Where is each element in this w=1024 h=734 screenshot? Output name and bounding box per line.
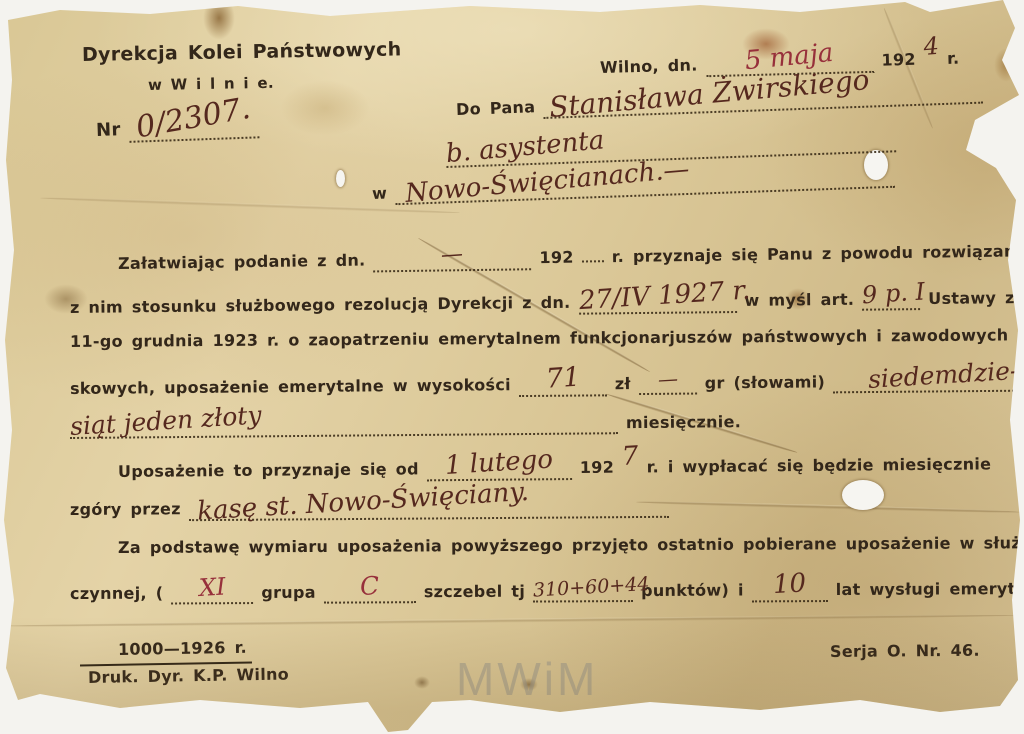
print-run-row: 1000—1926 r. [118,638,247,659]
blank-line: XI [171,578,253,604]
doc-number-line: 0/2307. [128,106,259,143]
hand-entry: 1 lutego [445,446,554,479]
series-row: Serja O. Nr. 46. [830,641,980,661]
ink-stain [203,0,235,40]
blank-line: siąt jeden złoty [70,407,618,439]
printer-imprint: Druk. Dyr. K.P. Wilno [88,664,289,687]
blank-line [582,260,604,262]
print-segment: 192 [539,248,574,267]
print-segment: miesięcznie. [626,412,741,432]
hand-entry: C [359,573,380,599]
blank-line: C [324,576,416,603]
print-segment: Załatwiając podanie z dn. [118,251,366,273]
org-location-row: w W i l n i e. [148,74,274,94]
print-segment: czynnej, ( [70,584,163,603]
blank-line: siedemdzie- [833,364,1024,393]
torn-hole [336,170,345,187]
hand-entry: 7 [621,443,639,470]
hand-entry: 9 p. I [861,279,925,307]
hand-entry: — [657,368,678,389]
print-segment: Ustawy z dnia [928,288,1024,308]
print-segment: zł [615,374,631,393]
date-year-suffix: r. [947,49,960,68]
letterhead: Dyrekcja Kolei Państwowych [82,38,402,66]
hand-entry: 310+60+44 [533,575,650,601]
blank-line: 9 p. I [862,284,920,311]
print-segment: w myśl art. [744,290,854,310]
body-line-4: skowych, uposażenie emerytalne w wysokoś… [70,363,1024,401]
print-segment: r. przyznaje się Panu z powodu rozwiązan… [612,241,1024,266]
ink-stain [414,676,430,689]
hand-entry: 71 [545,364,581,393]
blank-line: 71 [519,367,607,397]
org-name: Dyrekcja Kolei Państwowych [82,38,402,66]
hand-entry: 27/IV 1927 r. [578,277,751,314]
date-year-hand: 4 [923,34,940,59]
addressee-place-prefix: w [372,183,388,203]
addressee-label: Do Pana [456,97,536,119]
hand-entry: siąt jeden złoty [69,402,262,439]
blank-line: — [639,372,697,396]
body-line-3: 11-go grudnia 1923 r. o zaopatrzeniu eme… [70,325,1024,351]
blank-line: — [373,246,531,272]
addressee-title-hand: b. asystenta [445,127,605,167]
hand-entry: siedemdzie- [867,358,1019,392]
body-line-2: z nim stosunku służbowego rezolucją Dyre… [70,282,1024,320]
print-segment: r. i wypłacać się będzie miesięcznie [647,454,992,476]
blank-line: 310+60+44 [533,581,633,603]
torn-hole [842,480,884,510]
doc-number-label: Nr [96,119,121,141]
series-number: Serja O. Nr. 46. [830,641,980,661]
print-segment: Uposażenie to przyznaje się od [118,459,419,481]
fold-crease [2,613,1018,628]
hand-entry: kasę st. Nowo-Święciany. [188,479,529,525]
print-segment: zgóry przez [70,499,181,519]
print-segment: grupa [261,583,316,602]
hand-entry: — [441,244,464,267]
fold-crease [636,500,1020,514]
body-line-1: Załatwiając podanie z dn. — 192 r. przyz… [118,239,1024,276]
body-line-9: czynnej, ( XI grupa C szczebel tj 310+60… [70,572,1024,606]
blank-line: kasę st. Nowo-Święciany. [189,490,669,521]
print-segment: punktów) i [641,580,744,600]
watermark: MWiM [456,652,598,706]
body-line-8: Za podstawę wymiaru uposażenia powyższeg… [118,533,1024,557]
doc-number-row: Nr 0/2307. [95,106,259,144]
blank-line: 10 [752,574,828,602]
print-segment: 192 [580,458,614,477]
ink-stain [994,48,1018,82]
document-paper: Dyrekcja Kolei Państwowych w W i l n i e… [0,0,1024,734]
body-line-5: siąt jeden złoty miesięcznie. [70,406,741,439]
doc-number-value: 0/2307. [134,94,253,144]
addressee-row: Do Pana Stanisława Żwirskiego [455,74,983,122]
body-line-7: zgóry przez kasę st. Nowo-Święciany. [70,490,669,522]
hand-entry: 10 [772,570,807,598]
print-run: 1000—1926 r. [118,638,247,659]
date-place-label: Wilno, dn. [600,55,698,77]
print-segment: gr (słowami) [705,372,825,392]
date-year-printed: 192 [881,50,916,70]
addressee-line: Stanisława Żwirskiego [543,74,984,119]
print-segment: szczebel tj [424,582,525,602]
print-segment: lat wysługi emerytalnej z tem, [836,578,1024,599]
hand-entry: XI [198,575,226,600]
print-segment: z nim stosunku służbowego rezolucją Dyre… [70,293,571,317]
printer-row: Druk. Dyr. K.P. Wilno [88,664,289,687]
org-location: w W i l n i e. [148,74,274,94]
blank-line: 1 lutego [427,452,572,481]
print-segment: 11-go grudnia 1923 r. o zaopatrzeniu eme… [70,325,1024,351]
print-segment: Za podstawę wymiaru uposażenia powyższeg… [118,533,1024,557]
blank-line: 27/IV 1927 r. [578,285,736,315]
paper-stain [280,80,370,136]
body-line-6: Uposażenie to przyznaje się od 1 lutego … [118,448,992,484]
print-segment: skowych, uposażenie emerytalne w wysokoś… [70,375,511,398]
